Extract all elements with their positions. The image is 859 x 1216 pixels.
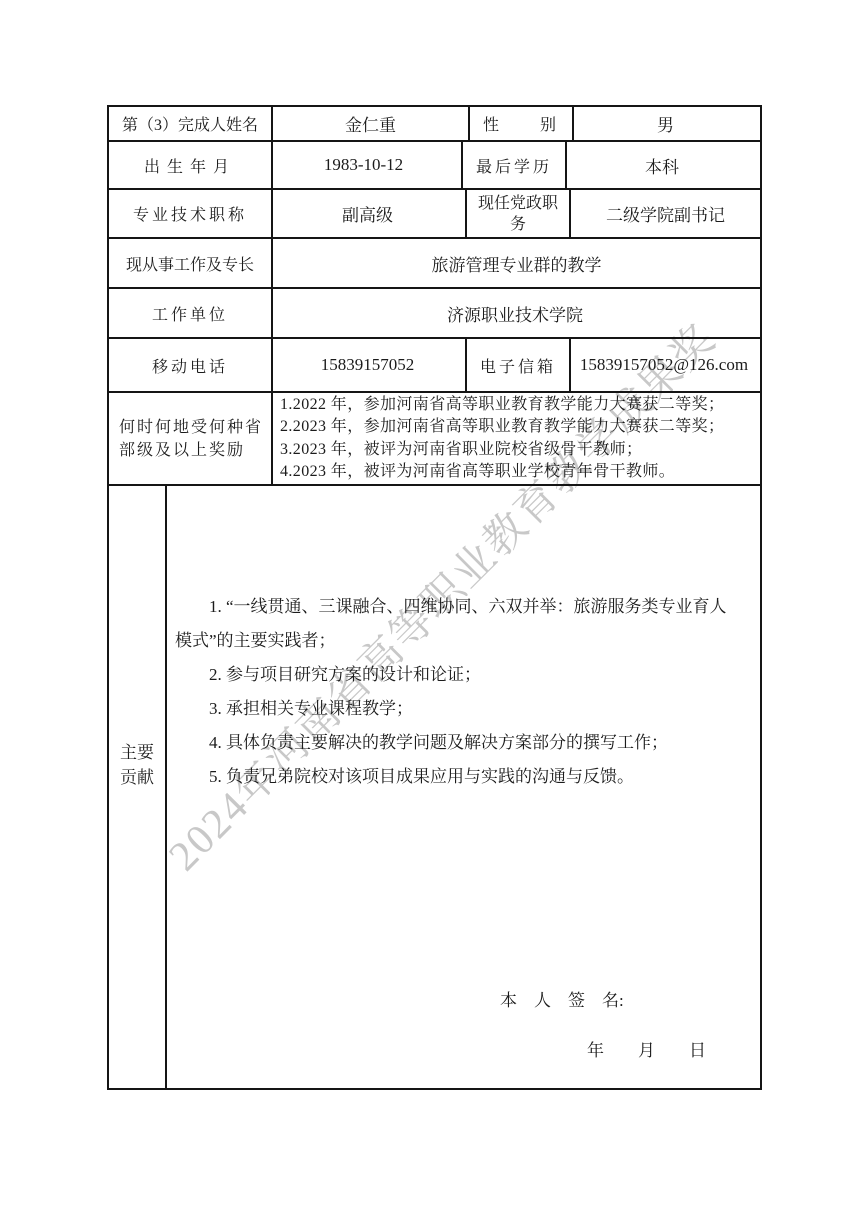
contributions-label-line2: 贡献: [120, 765, 154, 790]
awards-list: 1.2022 年，参加河南省高等职业教育教学能力大赛获二等奖；2.2023 年，…: [273, 393, 760, 484]
awards-label-line2: 部级及以上奖励: [119, 439, 245, 462]
signature-label: 本 人 签 名:: [500, 991, 624, 1011]
contribution-item: 1. “一线贯通、三课融合、四维协同、六双并举：旅游服务类专业育人模式”的主要实…: [175, 590, 730, 658]
completer-name-label: 第（3）完成人姓名: [109, 107, 273, 140]
email-label: 电子信箱: [467, 339, 571, 391]
row-birth-education: 出生年月 1983-10-12 最后学历 本科: [109, 142, 760, 190]
party-post-label: 现任党政职务: [467, 190, 571, 237]
contributions-label: 主要 贡献: [109, 486, 167, 1088]
award-item: 2.2023 年，参加河南省高等职业教育教学能力大赛获二等奖；: [280, 416, 724, 439]
row-phone-email: 移动电话 15839157052 电子信箱 15839157052@126.co…: [109, 339, 760, 393]
employer-value: 济源职业技术学院: [270, 289, 760, 337]
current-work-label: 现从事工作及专长: [109, 239, 273, 287]
employer-label: 工作单位: [109, 289, 273, 337]
contribution-item: 3. 承担相关专业课程教学；: [175, 692, 730, 726]
contributions-label-line1: 主要: [120, 740, 154, 765]
professional-title-label: 专业技术职称: [109, 190, 273, 237]
contributions-cell: 1. “一线贯通、三课融合、四维协同、六双并举：旅游服务类专业育人模式”的主要实…: [167, 486, 760, 1088]
completer-name-value: 金仁重: [273, 107, 470, 140]
award-item: 4.2023 年，被评为河南省高等职业学校青年骨干教师。: [280, 461, 675, 484]
mobile-phone-value: 15839157052: [270, 339, 467, 391]
contribution-item: 5. 负责兄弟院校对该项目成果应用与实践的沟通与反馈。: [175, 760, 730, 794]
date-placeholder: 年 月 日: [587, 1041, 706, 1061]
birth-date-label: 出生年月: [109, 142, 273, 188]
gender-value: 男: [571, 107, 760, 140]
row-employer: 工作单位 济源职业技术学院: [109, 289, 760, 339]
completer-info-table: 第（3）完成人姓名 金仁重 性 别 男 出生年月 1983-10-12 最后学历…: [107, 105, 762, 1090]
row-current-work: 现从事工作及专长 旅游管理专业群的教学: [109, 239, 760, 289]
scanned-form-page: 2024年河南省高等职业教育教学成果奖 第（3）完成人姓名 金仁重 性 别 男 …: [0, 0, 859, 1216]
contribution-item: 2. 参与项目研究方案的设计和论证；: [175, 658, 730, 692]
gender-label: 性 别: [470, 107, 574, 140]
birth-date-value: 1983-10-12: [266, 142, 463, 188]
awards-label-line1: 何时何地受何种省: [119, 416, 263, 439]
awards-label: 何时何地受何种省 部级及以上奖励: [109, 393, 273, 484]
row-awards: 何时何地受何种省 部级及以上奖励 1.2022 年，参加河南省高等职业教育教学能…: [109, 393, 760, 486]
party-post-value: 二级学院副书记: [571, 190, 760, 237]
award-item: 1.2022 年，参加河南省高等职业教育教学能力大赛获二等奖；: [280, 394, 724, 417]
contribution-item: 4. 具体负责主要解决的教学问题及解决方案部分的撰写工作；: [175, 726, 730, 760]
mobile-phone-label: 移动电话: [109, 339, 273, 391]
row-title-partypost: 专业技术职称 副高级 现任党政职务 二级学院副书记: [109, 190, 760, 239]
professional-title-value: 副高级: [270, 190, 467, 237]
current-work-value: 旅游管理专业群的教学: [273, 239, 760, 287]
last-education-label: 最后学历: [463, 142, 567, 188]
row-name-gender: 第（3）完成人姓名 金仁重 性 别 男: [109, 107, 760, 142]
email-value: 15839157052@126.com: [568, 339, 760, 391]
last-education-value: 本科: [564, 142, 760, 188]
award-item: 3.2023 年，被评为河南省职业院校省级骨干教师；: [280, 439, 642, 462]
row-main-contributions: 主要 贡献 1. “一线贯通、三课融合、四维协同、六双并举：旅游服务类专业育人模…: [109, 486, 760, 1088]
contributions-list: 1. “一线贯通、三课融合、四维协同、六双并举：旅游服务类专业育人模式”的主要实…: [167, 486, 760, 794]
